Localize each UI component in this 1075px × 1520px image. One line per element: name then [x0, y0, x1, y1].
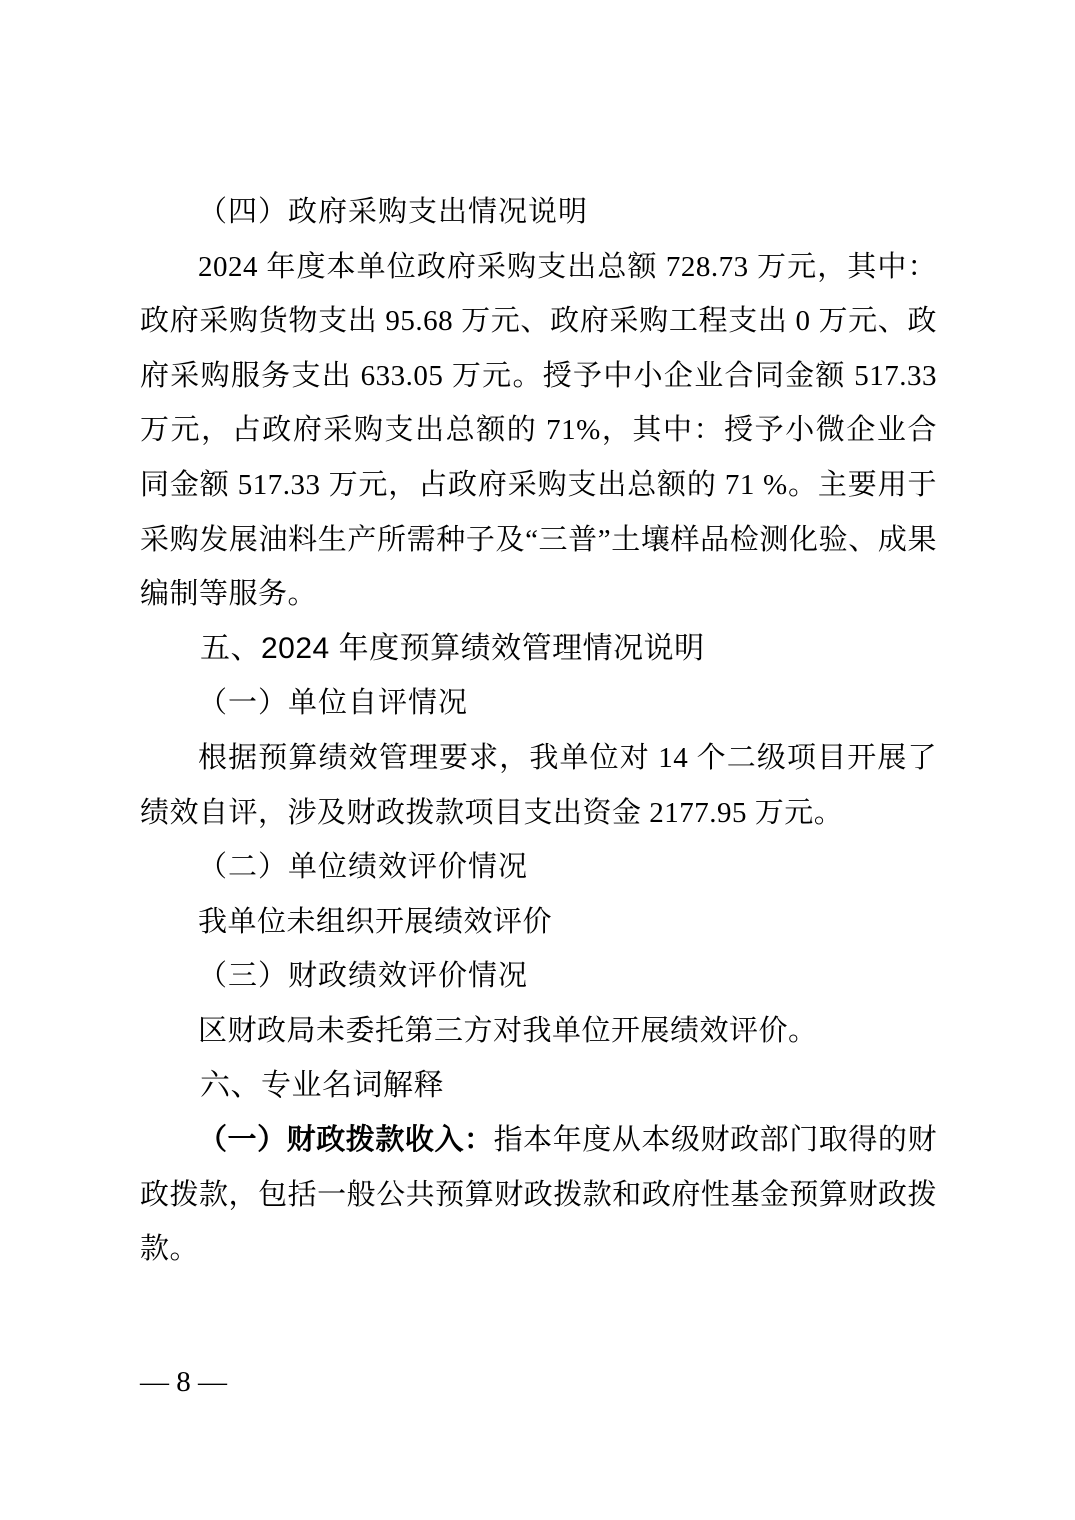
- subheading-fiscal-performance-evaluation: （三）财政绩效评价情况: [140, 949, 937, 1004]
- paragraph-self-evaluation: 根据预算绩效管理要求，我单位对 14 个二级项目开展了绩效自评，涉及财政拨款项目…: [140, 731, 937, 840]
- paragraph-unit-performance-evaluation: 我单位未组织开展绩效评价: [140, 895, 937, 950]
- document-content: （四）政府采购支出情况说明 2024 年度本单位政府采购支出总额 728.73 …: [140, 185, 937, 1277]
- page-number: — 8 —: [140, 1366, 227, 1398]
- subheading-procurement-expenditure: （四）政府采购支出情况说明: [140, 185, 937, 240]
- paragraph-procurement-details: 2024 年度本单位政府采购支出总额 728.73 万元，其中：政府采购货物支出…: [140, 240, 937, 622]
- term-fiscal-appropriation-label: （一）财政拨款收入：: [198, 1124, 494, 1156]
- paragraph-term-fiscal-appropriation: （一）财政拨款收入：指本年度从本级财政部门取得的财政拨款，包括一般公共预算财政拨…: [140, 1113, 937, 1277]
- subheading-unit-performance-evaluation: （二）单位绩效评价情况: [140, 840, 937, 895]
- document-page: （四）政府采购支出情况说明 2024 年度本单位政府采购支出总额 728.73 …: [0, 0, 1075, 1520]
- heading-terminology: 六、专业名词解释: [140, 1059, 937, 1114]
- heading-budget-performance: 五、2024 年度预算绩效管理情况说明: [140, 622, 937, 677]
- paragraph-fiscal-performance-evaluation: 区财政局未委托第三方对我单位开展绩效评价。: [140, 1004, 937, 1059]
- page-footer: — 8 —: [140, 1355, 227, 1409]
- subheading-self-evaluation: （一）单位自评情况: [140, 676, 937, 731]
